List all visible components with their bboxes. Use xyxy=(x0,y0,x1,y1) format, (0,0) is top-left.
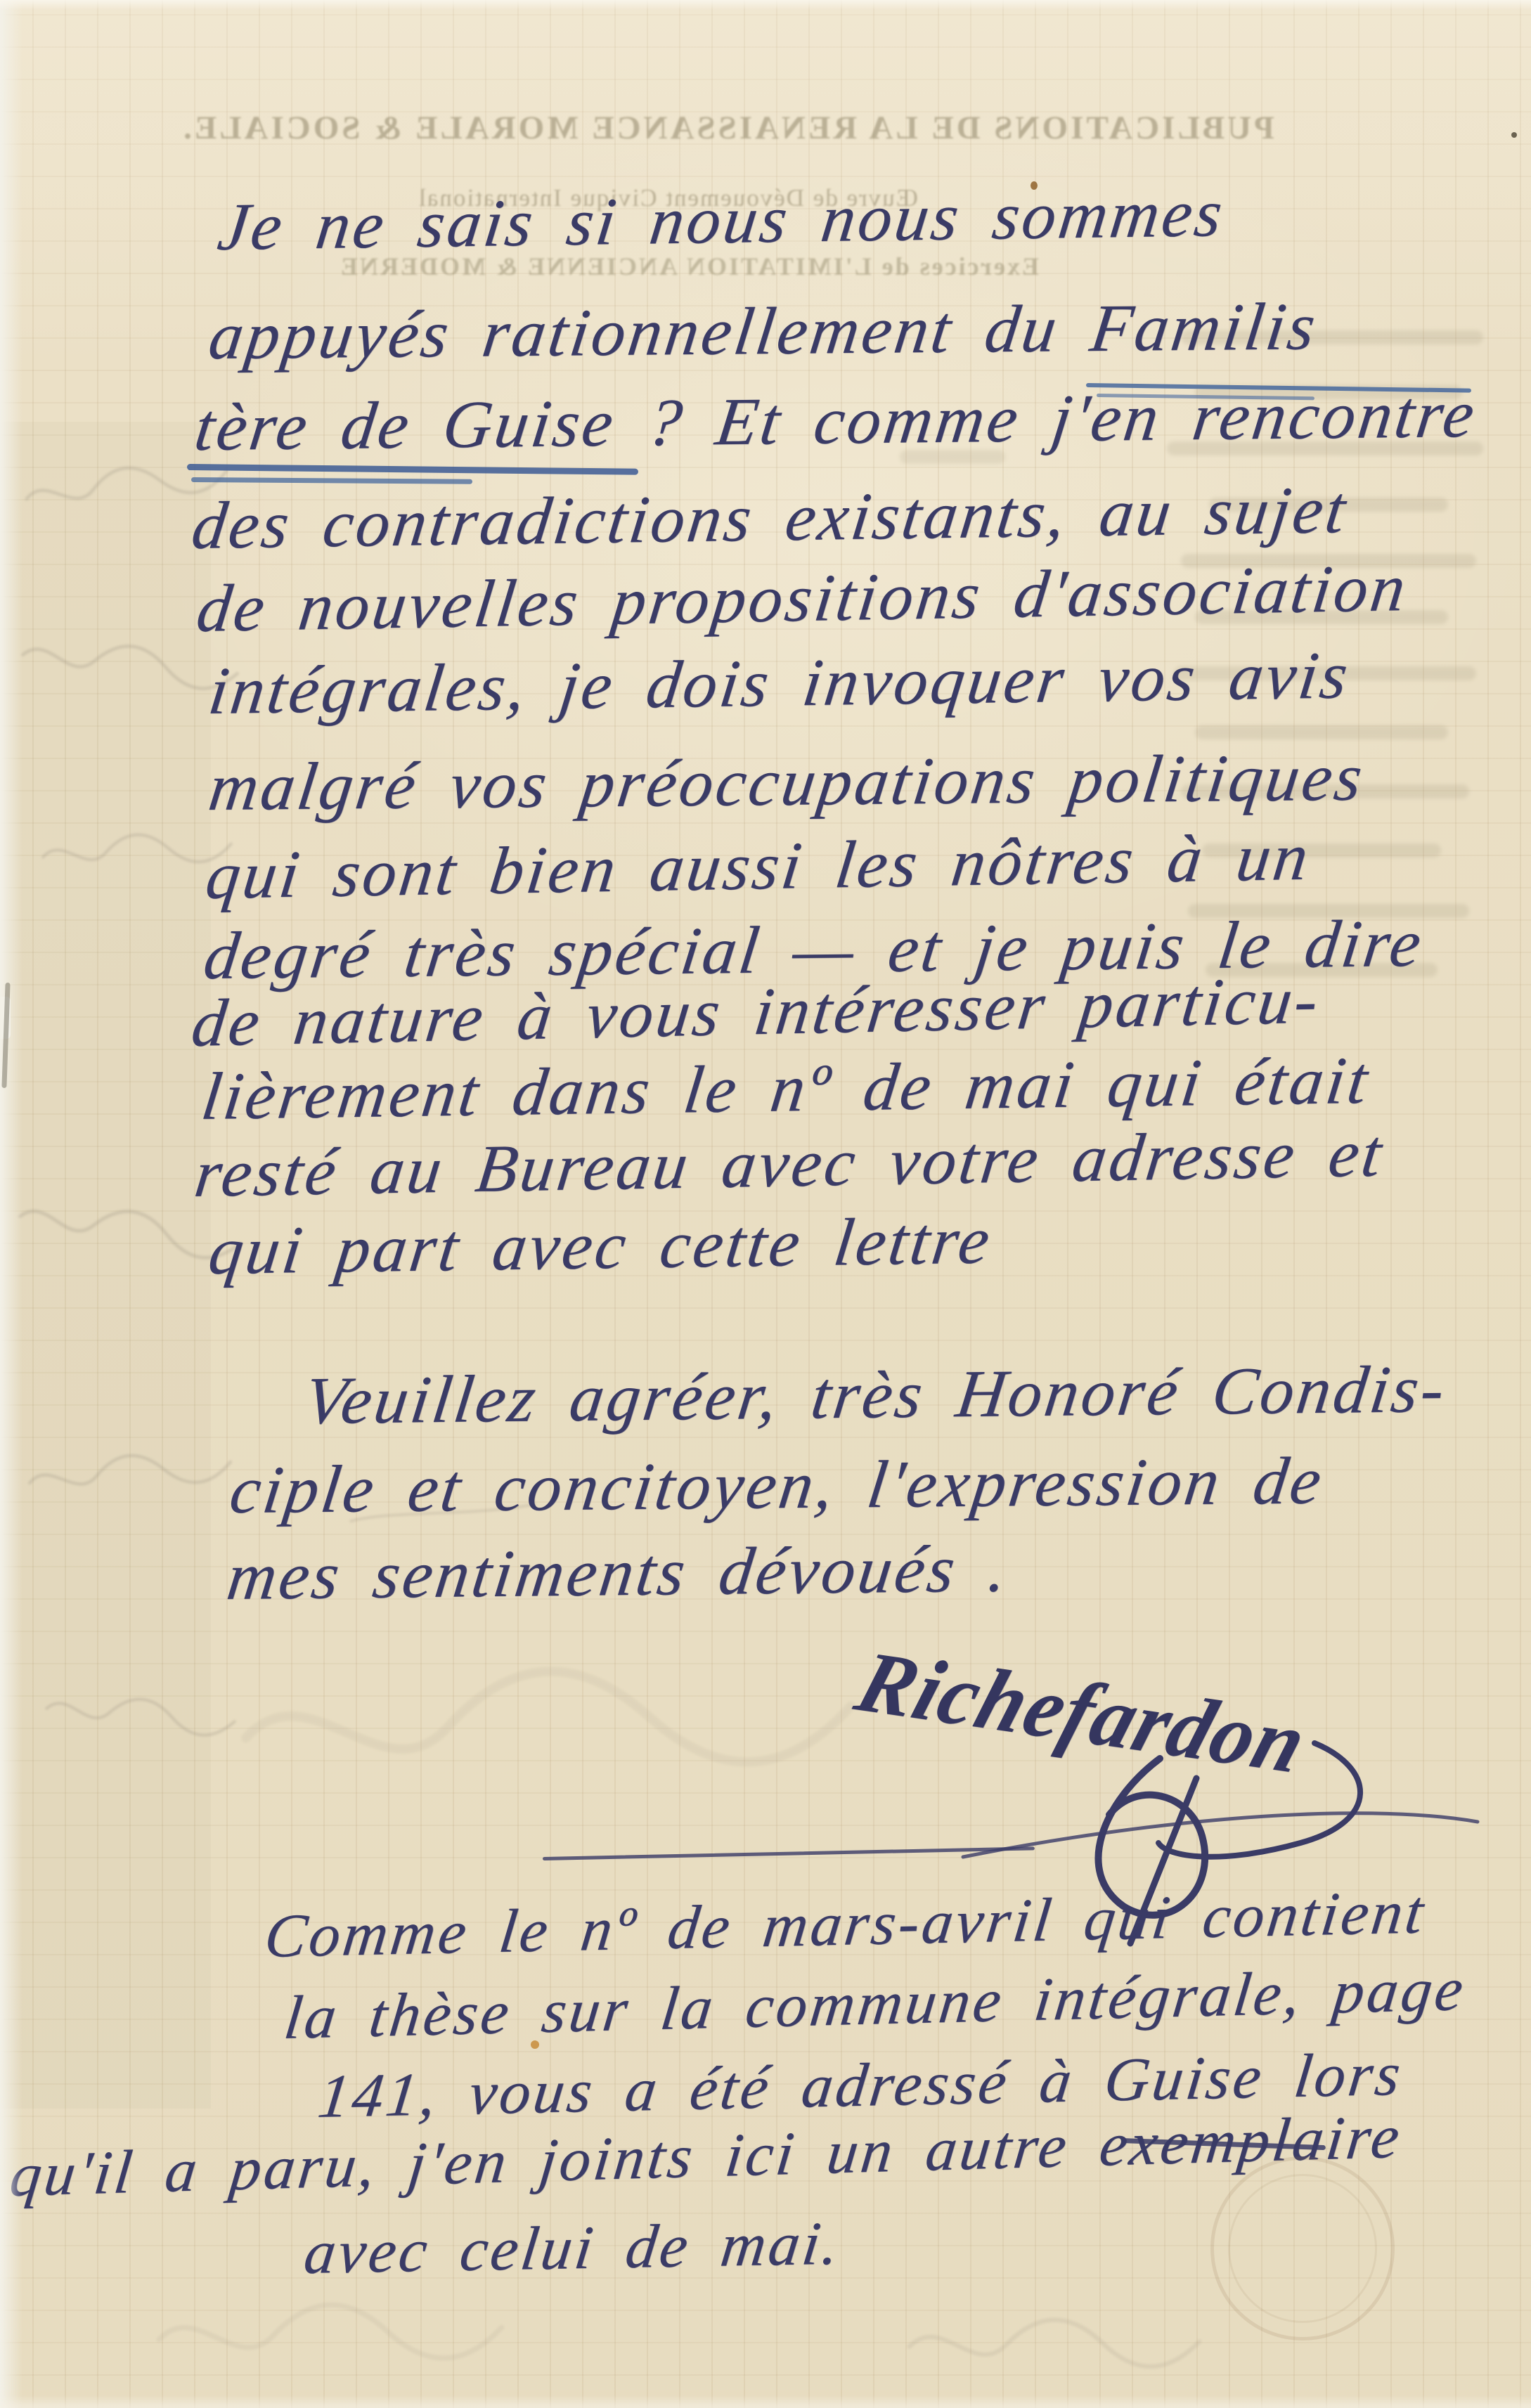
paper-speck xyxy=(1511,132,1517,138)
postscript-line: avec celui de mai. xyxy=(301,2213,845,2284)
letter-line: lièrement dans le nº de mai qui était xyxy=(198,1047,1374,1130)
pencil-smudge xyxy=(228,1621,868,1823)
letter-page: PUBLICATIONS DE LA RENAISSANCE MORALE & … xyxy=(0,0,1531,2408)
scan-edge-top xyxy=(0,0,1531,10)
paper-speck xyxy=(531,2040,539,2049)
letter-line: intégrales, je dois invoquer vos avis xyxy=(205,641,1354,725)
letter-line: ciple et concitoyen, l'expression de xyxy=(226,1446,1328,1524)
postscript-line: Comme le nº de mars-avril qui contient xyxy=(261,1882,1429,1968)
pencil-smudge xyxy=(39,1666,242,1763)
letter-line: des contradictions existants, au sujet xyxy=(188,476,1352,559)
letter-line: qui part avec cette lettre xyxy=(205,1207,996,1285)
letter-line: Je ne sais si nous nous sommes xyxy=(214,179,1229,261)
letter-line: appuyés rationnellement du Familis xyxy=(205,292,1322,370)
letter-line: malgré vos préoccupations politiques xyxy=(205,744,1369,821)
bleed-row xyxy=(1195,725,1448,739)
paper-speck xyxy=(1031,181,1038,190)
letter-line: tère de Guise ? Et comme j'en rencontre xyxy=(191,380,1480,461)
bleed-print-title: PUBLICATIONS DE LA RENAISSANCE MORALE & … xyxy=(165,109,1290,147)
embossed-stamp-inner xyxy=(1228,2174,1377,2323)
scan-edge-left xyxy=(0,0,22,2408)
pencil-smudge xyxy=(48,2278,613,2389)
scan-edge-bottom xyxy=(0,2395,1531,2408)
letter-line: mes sentiments dévoués . xyxy=(224,1534,1014,1610)
underline-tere-de-guise-2 xyxy=(191,477,472,484)
letter-line: Veuillez agréer, très Honoré Condis- xyxy=(301,1355,1451,1435)
underline-tere-de-guise xyxy=(187,464,638,475)
postscript-line: la thèse sur la commune intégrale, page xyxy=(281,1959,1469,2050)
letter-line: de nouvelles propositions d'association xyxy=(193,554,1412,642)
letter-line: qui sont bien aussi les nôtres à un xyxy=(202,823,1314,910)
letter-line: resté au Bureau avec votre adresse et xyxy=(191,1120,1388,1208)
